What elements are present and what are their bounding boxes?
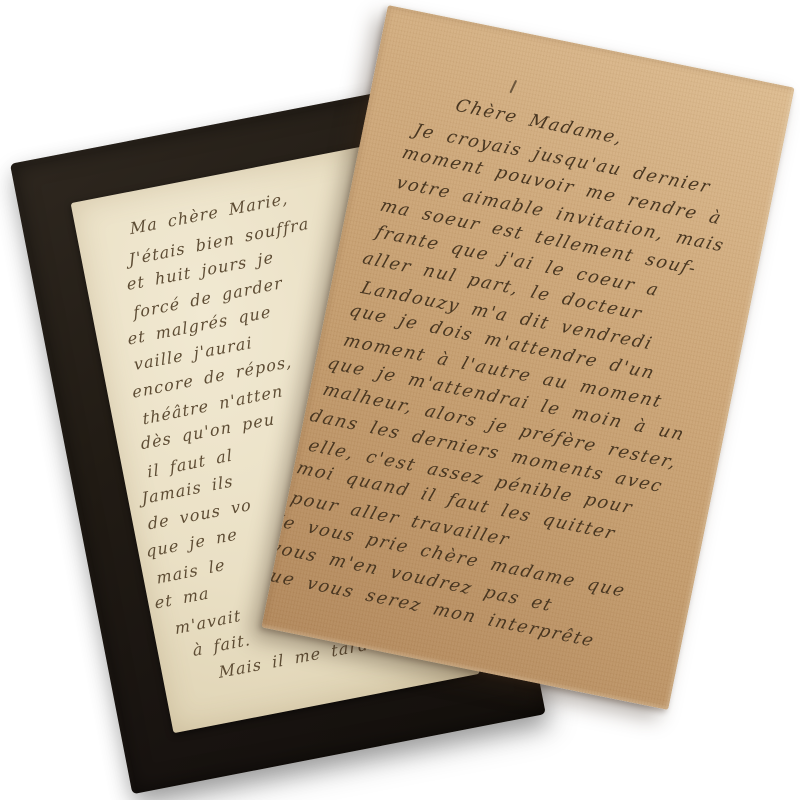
pen-mark [509, 80, 517, 93]
photo-background: Ma chère Marie, J'étais bien souffra et … [0, 0, 800, 800]
